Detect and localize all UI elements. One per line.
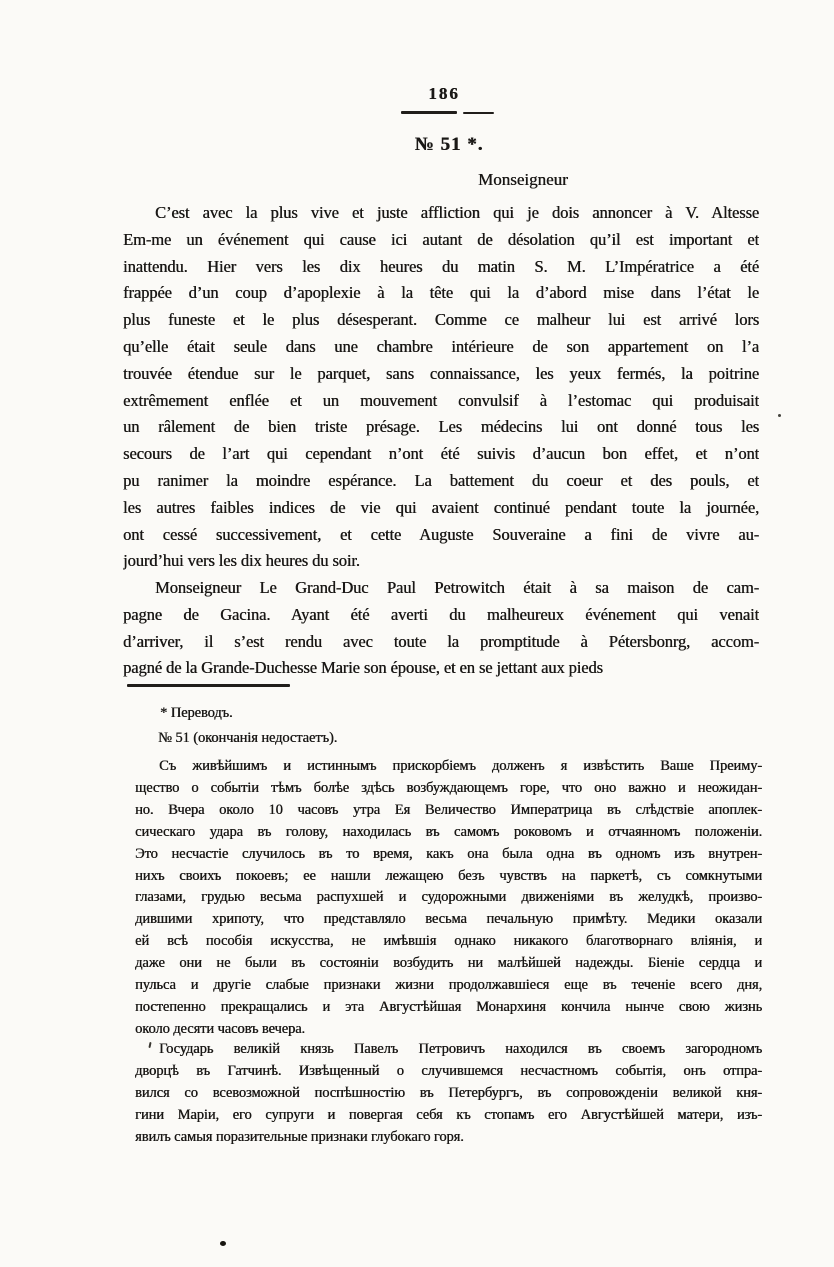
scanned-book-page: 186 № 51 *. Monseigneur C’est avec la pl…	[0, 0, 834, 1267]
text-line: pagné de la Grande-Duchesse Marie son ép…	[123, 655, 759, 682]
footnote-item-heading: № 51 (окончанія недостаетъ).	[158, 728, 337, 750]
text-line: C’est avec la plus vive et juste afflict…	[123, 200, 759, 227]
text-line: Em-me un événement qui cause ici autant …	[123, 227, 759, 254]
text-line: d’arriver, il s’est rendu avec toute la …	[123, 629, 759, 656]
text-line: Съ живѣйшимъ и истиннымъ прискорбіемъ до…	[135, 756, 762, 778]
page-number-rule-left	[401, 111, 457, 114]
text-line: frappée d’un coup d’apoplexie à la tête …	[123, 280, 759, 307]
text-line: постепенно прекращались и эта Августѣйша…	[135, 997, 762, 1019]
text-line: даже они не были въ состояніи возбудить …	[135, 953, 762, 975]
text-line: extrêmement enflée et un mouvement convu…	[123, 388, 759, 415]
text-line: les autres faibles indices de vie qui av…	[123, 495, 759, 522]
text-line: дворцѣ въ Гатчинѣ. Извѣщенный о случивше…	[135, 1061, 762, 1083]
text-line: Это несчастіе случилось въ то время, как…	[135, 844, 762, 866]
footnote-separator-rule	[127, 684, 290, 687]
text-line: un râlement de bien triste présage. Les …	[123, 414, 759, 441]
ink-speck	[778, 414, 781, 417]
text-line: явилъ самыя поразительные признаки глубо…	[135, 1127, 762, 1149]
text-line: Государь великій князь Павелъ Петровичъ …	[135, 1039, 762, 1061]
footnote-paragraph-1: Съ живѣйшимъ и истиннымъ прискорбіемъ до…	[135, 756, 762, 1041]
footnote-translation-label: * Переводъ.	[160, 703, 232, 725]
body-paragraph-1: C’est avec la plus vive et juste afflict…	[123, 200, 759, 575]
text-line: пульса и другіе слабые признаки жизни пр…	[135, 975, 762, 997]
text-line: qu’elle était seule dans une chambre int…	[123, 334, 759, 361]
text-line: Monseigneur Le Grand-Duc Paul Petrowitch…	[123, 575, 759, 602]
footnote-paragraph-2: Государь великій князь Павелъ Петровичъ …	[135, 1039, 762, 1149]
text-line: inattendu. Hier vers les dix heures du m…	[123, 254, 759, 281]
text-line: jourd’hui vers les dix heures du soir.	[123, 548, 759, 575]
text-line: сическаго удара въ голову, находилась въ…	[135, 822, 762, 844]
text-line: plus funeste et le plus désesperant. Com…	[123, 307, 759, 334]
text-line: ей всѣ пособія искусства, не имѣвшія одн…	[135, 931, 762, 953]
text-line: щество о событіи тѣмъ болѣе здѣсь возбуж…	[135, 778, 762, 800]
text-line: secours de l’art qui cependant n’ont été…	[123, 441, 759, 468]
body-paragraph-2: Monseigneur Le Grand-Duc Paul Petrowitch…	[123, 575, 759, 682]
text-line: pu ranimer la moindre espérance. La batt…	[123, 468, 759, 495]
text-line: гини Маріи, его супруги и повергая себя …	[135, 1105, 762, 1127]
text-line: около десяти часовъ вечера.	[135, 1019, 762, 1041]
text-line: pagne de Gacina. Ayant été averti du mal…	[123, 602, 759, 629]
text-line: нихъ своихъ покоевъ; ее нашли лежащею бе…	[135, 866, 762, 888]
text-line: глазами, грудью весьма распухшей и судор…	[135, 887, 762, 909]
salutation: Monseigneur	[478, 170, 568, 190]
text-line: trouvée étendue sur le parquet, sans con…	[123, 361, 759, 388]
text-line: но. Вчера около 10 часовъ утра Ея Величе…	[135, 800, 762, 822]
page-number: 186	[394, 84, 494, 104]
page-number-rule-right	[463, 112, 494, 114]
text-line: вился со всевозможной поспѣшностію въ Пе…	[135, 1083, 762, 1105]
ink-speck	[220, 1241, 226, 1246]
text-line: дившими хрипоту, что представляло весьма…	[135, 909, 762, 931]
text-line: ont cessé successivement, et cette Augus…	[123, 522, 759, 549]
document-number-heading: № 51 *.	[349, 134, 549, 156]
